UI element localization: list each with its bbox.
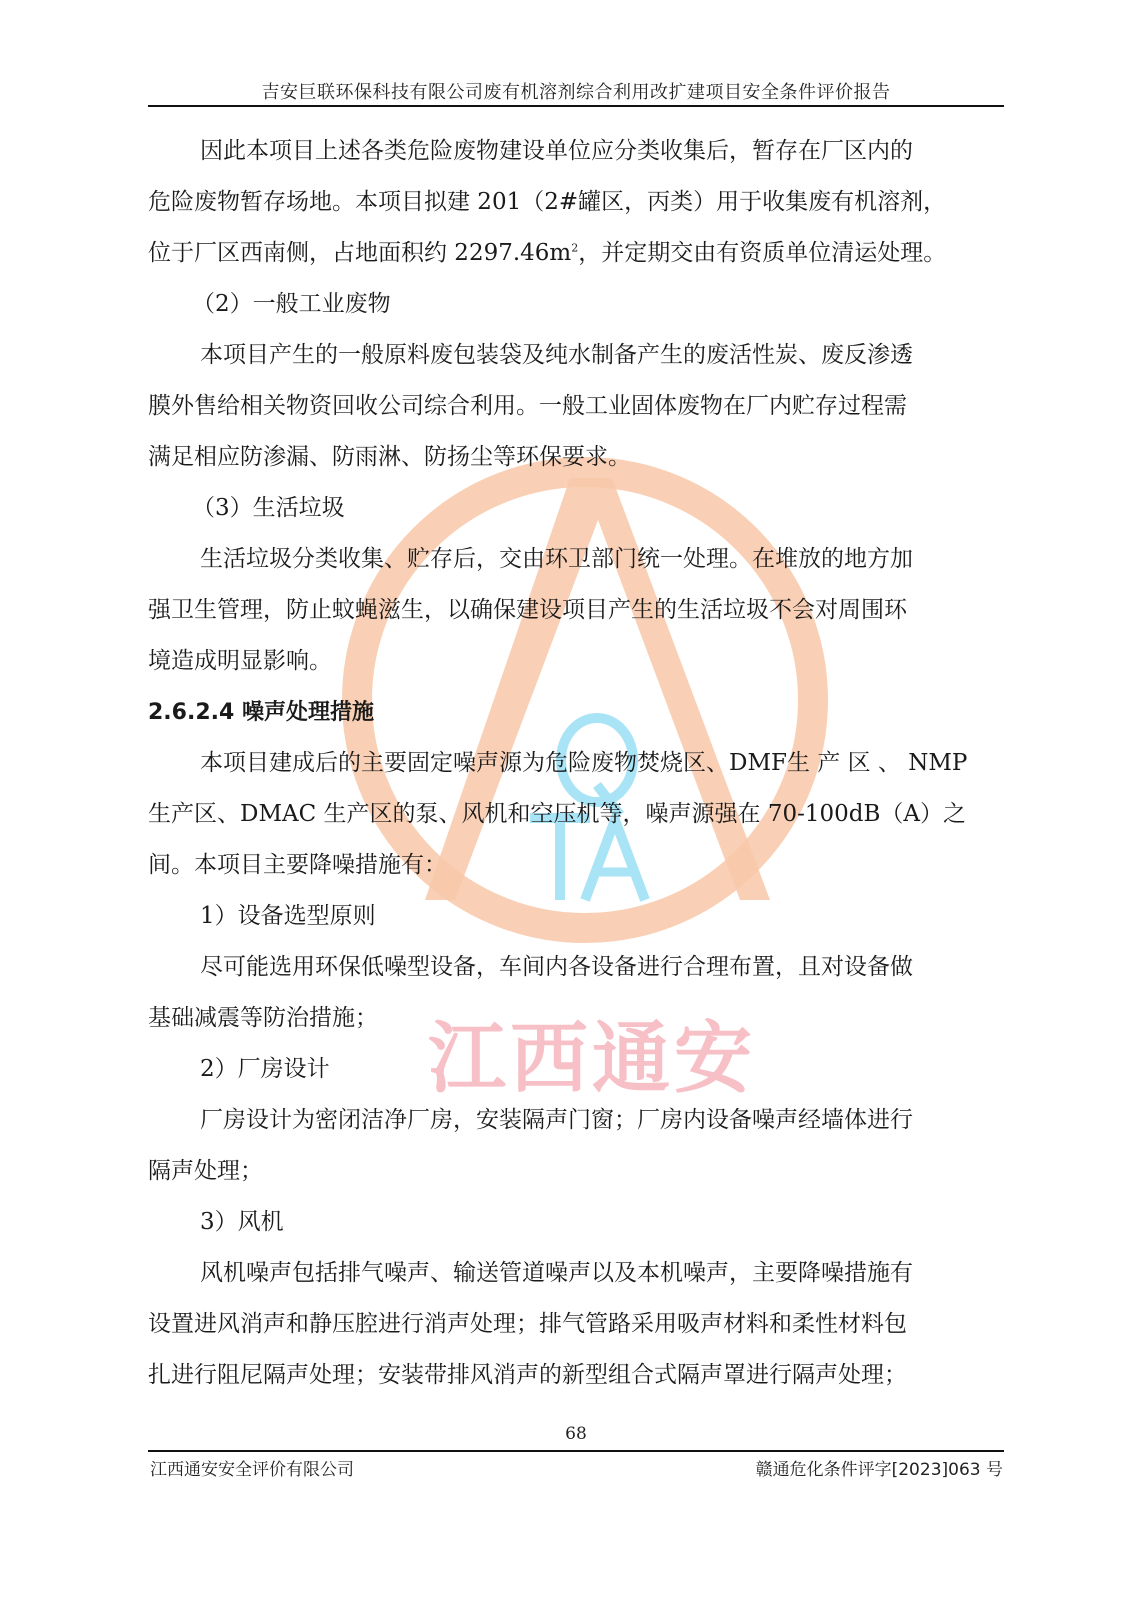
paragraph-line: 尽可能选用环保低噪型设备，车间内各设备进行合理布置，且对设备做 — [148, 942, 1008, 993]
list-item-title: 3）风机 — [148, 1197, 1008, 1248]
text-span: ，并定期交由有资质单位清运处理。 — [578, 240, 946, 266]
paragraph-line: 危险废物暂存场地。本项目拟建 201（2#罐区，丙类）用于收集废有机溶剂， — [148, 177, 1008, 228]
subheading-general-industrial-waste: （2）一般工业废物 — [148, 279, 1008, 330]
list-item-title: 1）设备选型原则 — [148, 891, 1008, 942]
paragraph-line: 生产区、DMAC 生产区的泵、风机和空压机等，噪声源强在 70-100dB（A）… — [148, 789, 1008, 840]
paragraph-line: 扎进行阻尼隔声处理；安装带排风消声的新型组合式隔声罩进行隔声处理； — [148, 1350, 1008, 1401]
paragraph-line: 生活垃圾分类收集、贮存后，交由环卫部门统一处理。在堆放的地方加 — [148, 534, 1008, 585]
paragraph-line: 满足相应防渗漏、防雨淋、防扬尘等环保要求。 — [148, 432, 1008, 483]
page-body: 因此本项目上述各类危险废物建设单位应分类收集后，暂存在厂区内的 危险废物暂存场地… — [148, 126, 1008, 1401]
paragraph-line: 境造成明显影响。 — [148, 636, 1008, 687]
section-heading: 2.6.2.4 噪声处理措施 — [148, 687, 1008, 738]
paragraph-line: 膜外售给相关物资回收公司综合利用。一般工业固体废物在厂内贮存过程需 — [148, 381, 1008, 432]
footer-company: 江西通安安全评价有限公司 — [150, 1455, 354, 1480]
paragraph-line: 基础减震等防治措施； — [148, 993, 1008, 1044]
list-item-title: 2）厂房设计 — [148, 1044, 1008, 1095]
paragraph-line: 间。本项目主要降噪措施有： — [148, 840, 1008, 891]
paragraph-line: 因此本项目上述各类危险废物建设单位应分类收集后，暂存在厂区内的 — [148, 126, 1008, 177]
document-page: 江西通安 吉安巨联环保科技有限公司废有机溶剂综合利用改扩建项目安全条件评价报告 … — [0, 0, 1131, 1600]
paragraph-line: 强卫生管理，防止蚊蝇滋生，以确保建设项目产生的生活垃圾不会对周围环 — [148, 585, 1008, 636]
text-span: 位于厂区西南侧，占地面积约 2297.46m — [148, 240, 571, 266]
page-number: 68 — [148, 1424, 1004, 1444]
paragraph-line: 位于厂区西南侧，占地面积约 2297.46m2，并定期交由有资质单位清运处理。 — [148, 228, 1008, 279]
paragraph-line: 隔声处理； — [148, 1146, 1008, 1197]
paragraph-line: 本项目建成后的主要固定噪声源为危险废物焚烧区、DMF生 产 区 、 NMP — [148, 738, 1008, 789]
footer-document-number: 赣通危化条件评字[2023]063 号 — [756, 1455, 1003, 1480]
paragraph-line: 风机噪声包括排气噪声、输送管道噪声以及本机噪声，主要降噪措施有 — [148, 1248, 1008, 1299]
paragraph-line: 本项目产生的一般原料废包装袋及纯水制备产生的废活性炭、废反渗透 — [148, 330, 1008, 381]
footer-divider — [148, 1450, 1004, 1452]
running-header-title: 吉安巨联环保科技有限公司废有机溶剂综合利用改扩建项目安全条件评价报告 — [148, 78, 1004, 104]
subheading-domestic-waste: （3）生活垃圾 — [148, 483, 1008, 534]
paragraph-line: 设置进风消声和静压腔进行消声处理；排气管路采用吸声材料和柔性材料包 — [148, 1299, 1008, 1350]
header-divider — [148, 105, 1004, 107]
paragraph-line: 厂房设计为密闭洁净厂房，安装隔声门窗；厂房内设备噪声经墙体进行 — [148, 1095, 1008, 1146]
